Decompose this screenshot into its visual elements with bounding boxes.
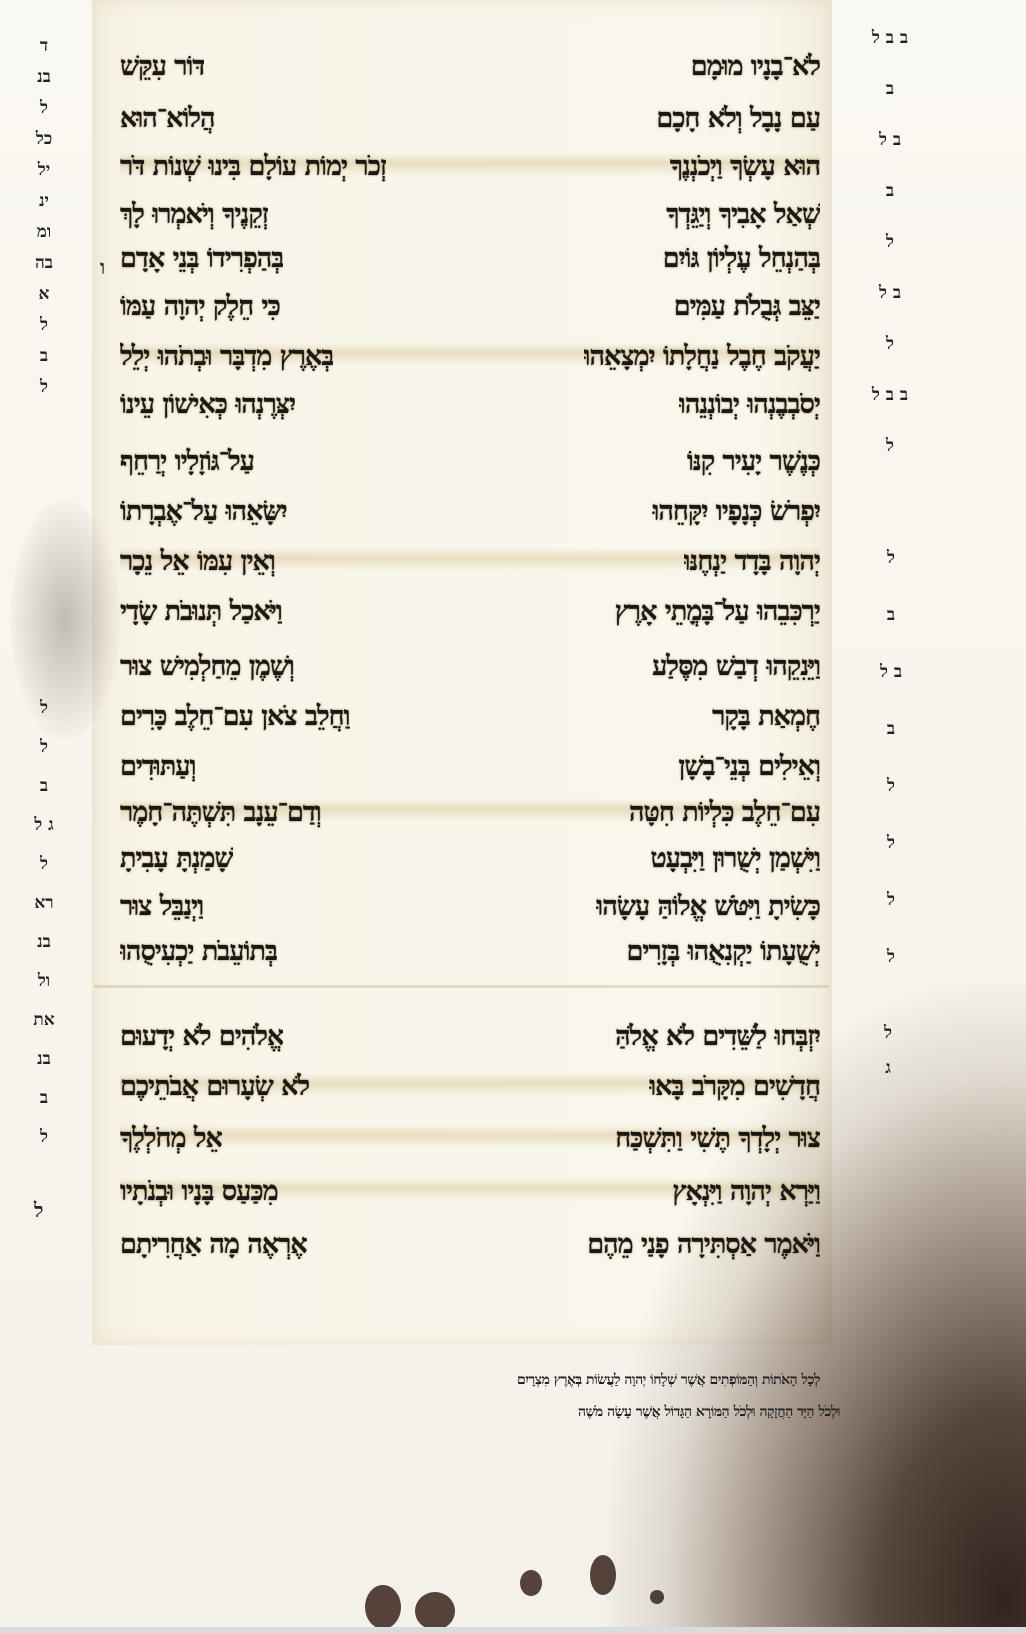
masora-note: יל (38, 162, 50, 179)
text-left: וַיְנַבֵּל צוּר (120, 891, 203, 922)
text-right: חֲדָשִׁים מִקָּרֹב בָּאוּ (649, 1071, 820, 1102)
masora-note: ב (887, 607, 895, 624)
masora-note: ל (887, 550, 895, 567)
text-right: כְּנֶשֶׁר יָעִיר קִנּוֹ (687, 446, 820, 477)
masora-note: בה (35, 255, 53, 272)
masora-note: ב (886, 81, 894, 98)
masora-note: ב ל (880, 664, 902, 681)
text-left: אֶרְאֶה מָה אַחֲרִיתָם (120, 1229, 307, 1260)
masora-note: ב ב ל (872, 30, 908, 47)
text-left: הֲלוֹא־הוּא (120, 103, 215, 134)
text-left: אֵל מְחֹלְלֶךָ (120, 1123, 222, 1154)
masora-note: ל (887, 892, 895, 909)
masora-note: ומ (37, 224, 51, 241)
text-right: וְאֵילִים בְּנֵי־בָשָׁן (678, 751, 820, 782)
masora-note: ל (40, 739, 48, 756)
text-right: הוּא עָשְׂךָ וַיְכֹנְנֶךָ (670, 151, 820, 182)
text-right: יְשֻׁעָתוֹ יַקְנִאֻהוּ בְּזָרִים (627, 936, 820, 967)
text-right: שְׁאַל אָבִיךָ וְיַגֵּדְךָ (666, 199, 820, 230)
text-right: בְּהַנְחֵל עֶלְיוֹן גּוֹיִם (663, 243, 820, 274)
caption-line-1: לְכָל הָאֹתוֹת וְהַמּוֹפְתִים אֲשֶׁר שְׁ… (140, 1372, 820, 1389)
masora-note: ב (887, 721, 895, 738)
masora-note: ב (40, 348, 48, 365)
text-left: עַל־גּוֹזָלָיו יְרַחֵף (120, 446, 254, 477)
text-right: וַיִּשְׁמַן יְשֻׁרוּן וַיִּבְעָט (650, 843, 820, 874)
masora-note: ל (887, 949, 895, 966)
masora-note: בנ (37, 934, 51, 951)
masora-note: ל (886, 336, 894, 353)
text-left: וַחֲלֵב צֹאן עִם־חֵלֶב כָּרִים (120, 701, 350, 732)
text-left: וְעַתּוּדִים (120, 751, 195, 782)
text-left: וַיֹּאכַל תְּנוּבֹת שָׂדָי (120, 596, 282, 627)
masora-note: ל (887, 778, 895, 795)
text-right: עִם־חֵלֶב כִּלְיוֹת חִטָּה (629, 797, 820, 828)
text-left: יִצְּרֶנְהוּ כְּאִישׁוֹן עֵינוֹ (120, 389, 295, 420)
text-right: וַיֵּנִקֵהוּ דְבַשׁ מִסֶּלַע (652, 651, 820, 682)
right-margin-notes-lower: ל ב ב ל ב ל ל ל ל (866, 550, 916, 1006)
text-right: יְסֹבְבֶנְהוּ יְבוֹנְנֵהוּ (679, 389, 820, 420)
masora-note: ב ל (879, 285, 901, 302)
stain-drop (590, 1555, 616, 1595)
text-left: זְקֵנֶיךָ וְיֹאמְרוּ לָךְ (120, 199, 268, 230)
left-margin-notes-upper: ד בנ ל כל יל ינ ומ בה א ל ב ל (14, 38, 74, 410)
text-left: וְדַם־עֵנָב תִּשְׁתֶּה־חָמֶר (120, 797, 321, 828)
text-left: מִכַּעַס בָּנָיו וּבְנֹתָיו (120, 1176, 278, 1207)
masora-note: ג ל (34, 817, 53, 834)
masora-note: ל (884, 1025, 892, 1042)
text-right: עַם נָבָל וְלֹא חָכָם (656, 103, 820, 134)
text-left: דּוֹר עִקֵּשׁ (120, 51, 204, 82)
masora-note: ל (40, 379, 48, 396)
masora-note: ל (40, 100, 48, 117)
text-left: זְכֹר יְמוֹת עוֹלָם בִּינוּ שְׁנוֹת דֹּר (120, 151, 386, 182)
right-margin-notes-bottom: ל ג (868, 1025, 908, 1095)
text-left: בְּהַפְרִידוֹ בְּנֵי אָדָם (120, 243, 283, 274)
text-right: יִפְרֹשׂ כְּנָפָיו יִקָּחֵהוּ (652, 496, 820, 527)
text-right: יַצֵּב גְּבֻלֹת עַמִּים (674, 291, 820, 322)
stain-drop (520, 1570, 542, 1596)
masora-note: ד (40, 38, 48, 55)
text-left: כִּי חֵלֶק יְהוָה עַמּוֹ (120, 291, 280, 322)
masora-note: ב ב ל (872, 387, 908, 404)
stain-drop (415, 1592, 455, 1630)
manuscript-photo: לֹא־בָנָיו מוּמָםדּוֹר עִקֵּשׁ עַם נָבָל… (0, 0, 1026, 1633)
text-right: לֹא־בָנָיו מוּמָם (691, 51, 820, 82)
masora-note: ל (40, 317, 48, 334)
text-left: שָׁמַנְתָּ עָבִיתָ (120, 843, 233, 874)
masora-note: ל (887, 835, 895, 852)
masora-note: ב ל (879, 132, 901, 149)
text-left: לֹא שְׂעָרוּם אֲבֹתֵיכֶם (120, 1071, 309, 1102)
stain-drop (365, 1585, 401, 1629)
text-left: יִשָּׂאֵהוּ עַל־אֶבְרָתוֹ (120, 496, 287, 527)
text-right: וַיַּרְא יְהוָה וַיִּנְאָץ (672, 1176, 820, 1207)
masora-note: א (39, 286, 50, 303)
text-left: אֱלֹהִים לֹא יְדָעוּם (120, 1021, 283, 1052)
masora-note: ג (885, 1060, 891, 1077)
text-right: וַיֹּאמֶר אַסְתִּירָה פָנַי מֵהֶם (587, 1229, 820, 1260)
masora-note: בנ (37, 69, 51, 86)
text-right: יַרְכִּבֵהוּ עַל־בָּמֳתֵי אָרֶץ (615, 596, 820, 627)
bottom-border (0, 1627, 1026, 1633)
masora-note: ב (40, 778, 48, 795)
text-left: בְּאֶרֶץ מִדְבָּר וּבְתֹהוּ יְלֵל (120, 341, 333, 372)
text-right: כָּשִׂיתָ וַיִּטֹּשׁ אֱלוֹהַּ עָשָׂהוּ (596, 891, 820, 922)
caption-line-2: וּלְכֹל הַיָּד הַחֲזָקָה וּלְכֹל הַמּוֹר… (160, 1404, 840, 1421)
masora-note: ל (886, 438, 894, 455)
text-right: יַעֲקֹב חֶבֶל נַחֲלָתוֹ יִמְצָאֵהוּ (584, 341, 820, 372)
masora-note: ב (40, 1090, 48, 1107)
text-left: בְּתוֹעֵבֹת יַכְעִיסֻהוּ (120, 936, 277, 967)
text-right: יְהוָה בָּדָד יַנְחֶנּוּ (684, 546, 820, 577)
masora-note: רא (34, 895, 53, 912)
text-left: וְשֶׁמֶן מֵחַלְמִישׁ צוּר (120, 651, 294, 682)
text-right: יִזְבְּחוּ לַשֵּׁדִים לֹא אֱלֹהַּ (615, 1021, 820, 1052)
right-margin-notes-upper: ב ב ל ב ב ל ב ל ב ל ל ב ב ל ל (860, 30, 920, 489)
masora-note: כל (36, 131, 52, 148)
masora-note: ל (886, 234, 894, 251)
section-mark: ו (100, 255, 105, 280)
text-right: צוּר יְלָדְךָ תֶּשִׁי וַתִּשְׁכַּח (615, 1123, 820, 1154)
masora-note: ול (38, 973, 50, 990)
text-right: חֶמְאַת בָּקָר (712, 701, 820, 732)
masora-note: ב (886, 183, 894, 200)
masora-note: ל (40, 1129, 48, 1146)
text-left: וְאֵין עִמּוֹ אֵל נֵכָר (120, 546, 275, 577)
masora-note: את (33, 1012, 54, 1029)
stain-drop (650, 1590, 664, 1604)
masora-note: ל (40, 856, 48, 873)
masora-note: ינ (39, 193, 49, 210)
masora-note: בנ (37, 1051, 51, 1068)
left-marker: ל (34, 1198, 43, 1223)
masora-note: ל (40, 700, 48, 717)
left-margin-notes-lower: ל ל ב ג ל ל רא בנ ול את בנ ב ל (14, 700, 74, 1168)
